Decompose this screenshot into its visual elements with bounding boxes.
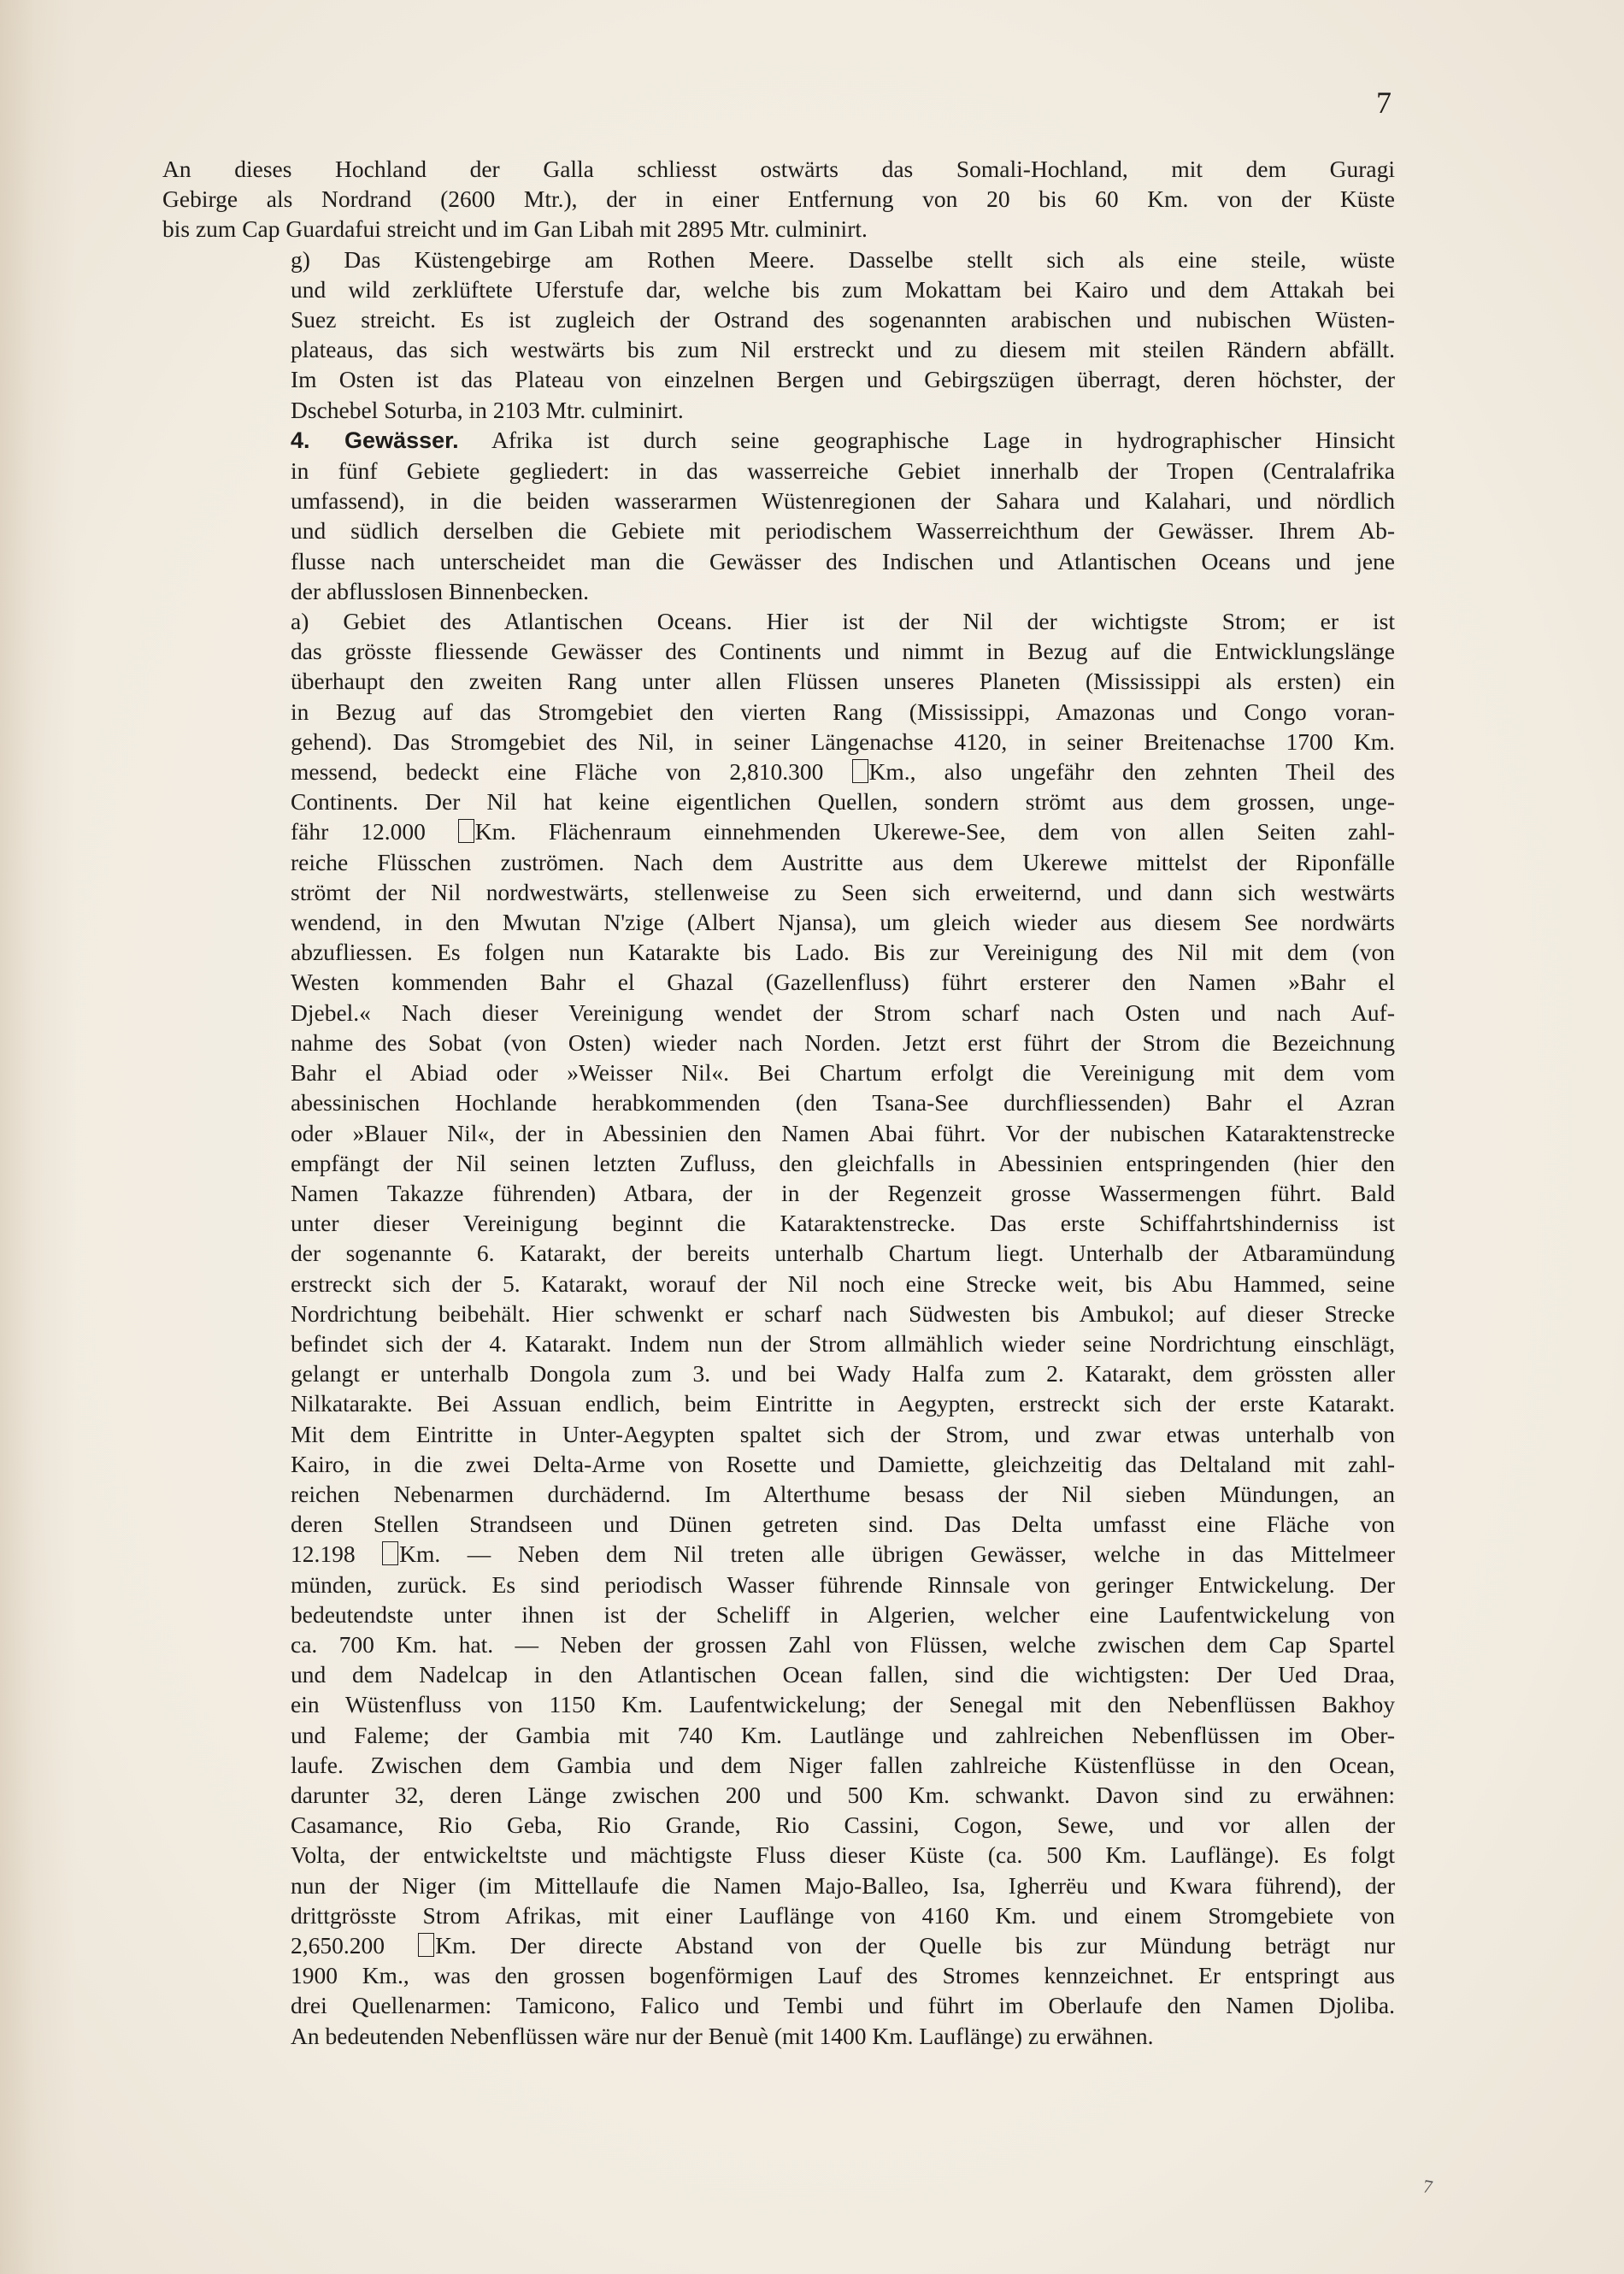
- text-line: Volta, der entwickeltste und mächtigste …: [162, 1840, 1395, 1870]
- page-number: 7: [1376, 85, 1392, 120]
- text-line: An bedeutenden Nebenflüssen wäre nur der…: [162, 2021, 1395, 2051]
- text-line: 1900 Km., was den grossen bogenförmigen …: [162, 1960, 1395, 1990]
- text-line: ca. 700 Km. hat. — Neben der grossen Zah…: [162, 1629, 1395, 1659]
- text-line: gelangt er unterhalb Dongola zum 3. und …: [162, 1358, 1395, 1388]
- text-line: der sogenannte 6. Katarakt, der bereits …: [162, 1238, 1395, 1268]
- text-line: An dieses Hochland der Galla schliesst o…: [162, 154, 1395, 184]
- text-line: plateaus, das sich westwärts bis zum Nil…: [162, 334, 1395, 364]
- text-line: überhaupt den zweiten Rang unter allen F…: [162, 666, 1395, 696]
- text-line: bedeutendste unter ihnen ist der Schelif…: [162, 1599, 1395, 1629]
- body-text: An dieses Hochland der Galla schliesst o…: [162, 154, 1395, 2051]
- text-line: bis zum Cap Guardafui streicht und im Ga…: [162, 214, 1395, 244]
- square-km-icon: [458, 819, 474, 843]
- text-line: messend, bedeckt eine Fläche von 2,810.3…: [162, 757, 1395, 786]
- text-line: unter dieser Vereinigung beginnt die Kat…: [162, 1208, 1395, 1238]
- text-line: Continents. Der Nil hat keine eigentlich…: [162, 786, 1395, 816]
- text-line: abzufliessen. Es folgen nun Katarakte bi…: [162, 937, 1395, 967]
- square-km-icon: [418, 1933, 434, 1957]
- square-km-icon: [382, 1541, 398, 1565]
- text-line: befindet sich der 4. Katarakt. Indem nun…: [162, 1328, 1395, 1358]
- text-line: laufe. Zwischen dem Gambia und dem Niger…: [162, 1750, 1395, 1780]
- text-line: erstreckt sich der 5. Katarakt, worauf d…: [162, 1269, 1395, 1299]
- text-line: strömt der Nil nordwestwärts, stellenwei…: [162, 877, 1395, 907]
- text-line: und dem Nadelcap in den Atlantischen Oce…: [162, 1659, 1395, 1689]
- text-line: Suez streicht. Es ist zugleich der Ostra…: [162, 304, 1395, 334]
- text-line: empfängt der Nil seinen letzten Zufluss,…: [162, 1148, 1395, 1178]
- text-line: oder »Blauer Nil«, der in Abessinien den…: [162, 1118, 1395, 1148]
- text-line: flusse nach unterscheidet man die Gewäss…: [162, 546, 1395, 576]
- text-line: Westen kommenden Bahr el Ghazal (Gazelle…: [162, 967, 1395, 997]
- text-line: und südlich derselben die Gebiete mit pe…: [162, 515, 1395, 545]
- text-line: drei Quellenarmen: Tamicono, Falico und …: [162, 1990, 1395, 2020]
- text-line: darunter 32, deren Länge zwischen 200 un…: [162, 1780, 1395, 1810]
- section-heading: 4. Gewässer.: [291, 427, 459, 453]
- text-line: Mit dem Eintritte in Unter-Aegypten spal…: [162, 1419, 1395, 1449]
- text-line: nun der Niger (im Mittellaufe die Namen …: [162, 1870, 1395, 1900]
- paragraph-kuestengebirge: g) Das Küstengebirge am Rothen Meere. Da…: [162, 244, 1395, 425]
- text-line: Nilkatarakte. Bei Assuan endlich, beim E…: [162, 1388, 1395, 1418]
- text-line: in Bezug auf das Stromgebiet den vierten…: [162, 697, 1395, 727]
- text-line: das grösste fliessende Gewässer des Cont…: [162, 636, 1395, 666]
- text-line: reiche Flüsschen zuströmen. Nach dem Aus…: [162, 847, 1395, 877]
- text-line: deren Stellen Strandseen und Dünen getre…: [162, 1509, 1395, 1539]
- text-line: Dschebel Soturba, in 2103 Mtr. culminirt…: [162, 395, 1395, 425]
- text-line: und Faleme; der Gambia mit 740 Km. Lautl…: [162, 1720, 1395, 1750]
- text-line: wendend, in den Mwutan N'zige (Albert Nj…: [162, 907, 1395, 937]
- text-line: g) Das Küstengebirge am Rothen Meere. Da…: [162, 244, 1395, 274]
- text-line: umfassend), in die beiden wasserarmen Wü…: [162, 486, 1395, 515]
- text-line: Im Osten ist das Plateau von einzelnen B…: [162, 364, 1395, 394]
- text-line: reichen Nebenarmen durchädernd. Im Alter…: [162, 1479, 1395, 1509]
- text-line: fähr 12.000 Km. Flächenraum einnehmenden…: [162, 816, 1395, 846]
- text-line: und wild zerklüftete Uferstufe dar, welc…: [162, 274, 1395, 304]
- text-line: Nordrichtung beibehält. Hier schwenkt er…: [162, 1299, 1395, 1328]
- text-line: 2,650.200 Km. Der directe Abstand von de…: [162, 1930, 1395, 1960]
- text-line: der abflusslosen Binnenbecken.: [162, 576, 1395, 606]
- text-line: Bahr el Abiad oder »Weisser Nil«. Bei Ch…: [162, 1057, 1395, 1087]
- text-line: nahme des Sobat (von Osten) wieder nach …: [162, 1028, 1395, 1057]
- text-line: Djebel.« Nach dieser Vereinigung wendet …: [162, 998, 1395, 1028]
- text-line: Namen Takazze führenden) Atbara, der in …: [162, 1178, 1395, 1208]
- paragraph-gewaesser: 4. Gewässer. Afrika ist durch seine geog…: [162, 425, 1395, 606]
- text-line: münden, zurück. Es sind periodisch Wasse…: [162, 1570, 1395, 1599]
- square-km-icon: [852, 759, 868, 783]
- text-line: Gebirge als Nordrand (2600 Mtr.), der in…: [162, 184, 1395, 214]
- text-line: Casamance, Rio Geba, Rio Grande, Rio Cas…: [162, 1810, 1395, 1840]
- paragraph-atlantischer-ocean: a) Gebiet des Atlantischen Oceans. Hier …: [162, 606, 1395, 2051]
- text-line: gehend). Das Stromgebiet des Nil, in sei…: [162, 727, 1395, 757]
- text-line: a) Gebiet des Atlantischen Oceans. Hier …: [162, 606, 1395, 636]
- text-line: Kairo, in die zwei Delta-Arme von Rosett…: [162, 1449, 1395, 1479]
- text-line: 4. Gewässer. Afrika ist durch seine geog…: [162, 425, 1395, 456]
- paragraph-galla-somali: An dieses Hochland der Galla schliesst o…: [162, 154, 1395, 244]
- text-line: drittgrösste Strom Afrikas, mit einer La…: [162, 1900, 1395, 1930]
- text-line: abessinischen Hochlande herabkommenden (…: [162, 1087, 1395, 1117]
- text-line: ein Wüstenfluss von 1150 Km. Laufentwick…: [162, 1689, 1395, 1719]
- text-line: 12.198 Km. — Neben dem Nil treten alle ü…: [162, 1539, 1395, 1569]
- text-line: in fünf Gebiete gegliedert: in das wasse…: [162, 456, 1395, 486]
- corner-mark: 7: [1421, 2175, 1434, 2199]
